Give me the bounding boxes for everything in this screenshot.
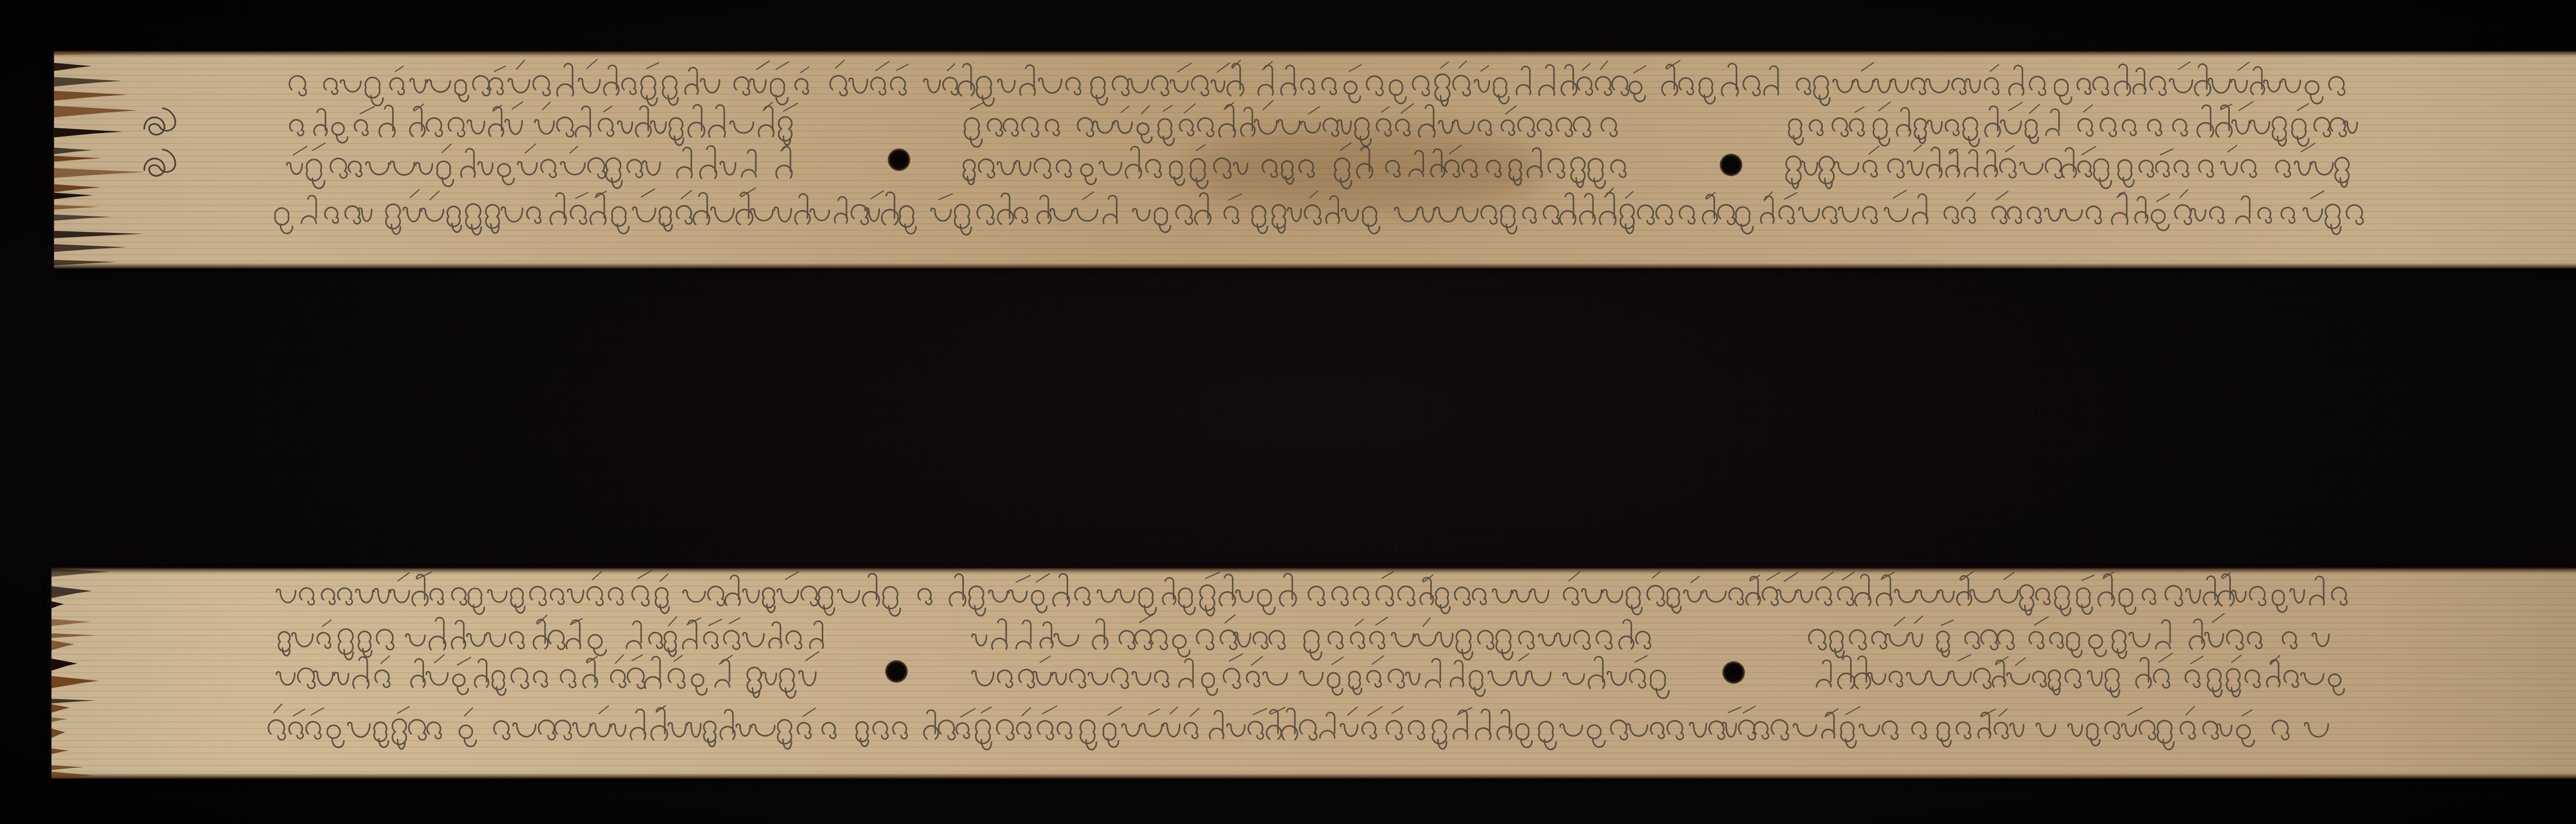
script-line-segment (1786, 143, 2349, 189)
script-line-segment (290, 102, 798, 145)
manuscript-script-layer (0, 0, 2576, 824)
script-line-segment (963, 143, 1626, 189)
script-line-segment (275, 188, 2363, 235)
script-line-segment (268, 704, 2328, 749)
script-line-segment (1817, 653, 2344, 697)
script-line-segment (287, 143, 792, 189)
leaf-number-glyph (144, 149, 175, 176)
script-line-segment (277, 652, 819, 698)
script-line-segment (964, 100, 1617, 147)
script-line-segment (972, 653, 1669, 698)
script-line-segment (279, 615, 823, 660)
script-line-segment (1789, 102, 2357, 146)
leaf-number-glyph (144, 108, 175, 134)
script-line-segment (1809, 614, 2329, 659)
script-line-segment (277, 570, 2347, 616)
script-line-segment (290, 60, 2345, 106)
script-line-segment (972, 614, 1651, 660)
